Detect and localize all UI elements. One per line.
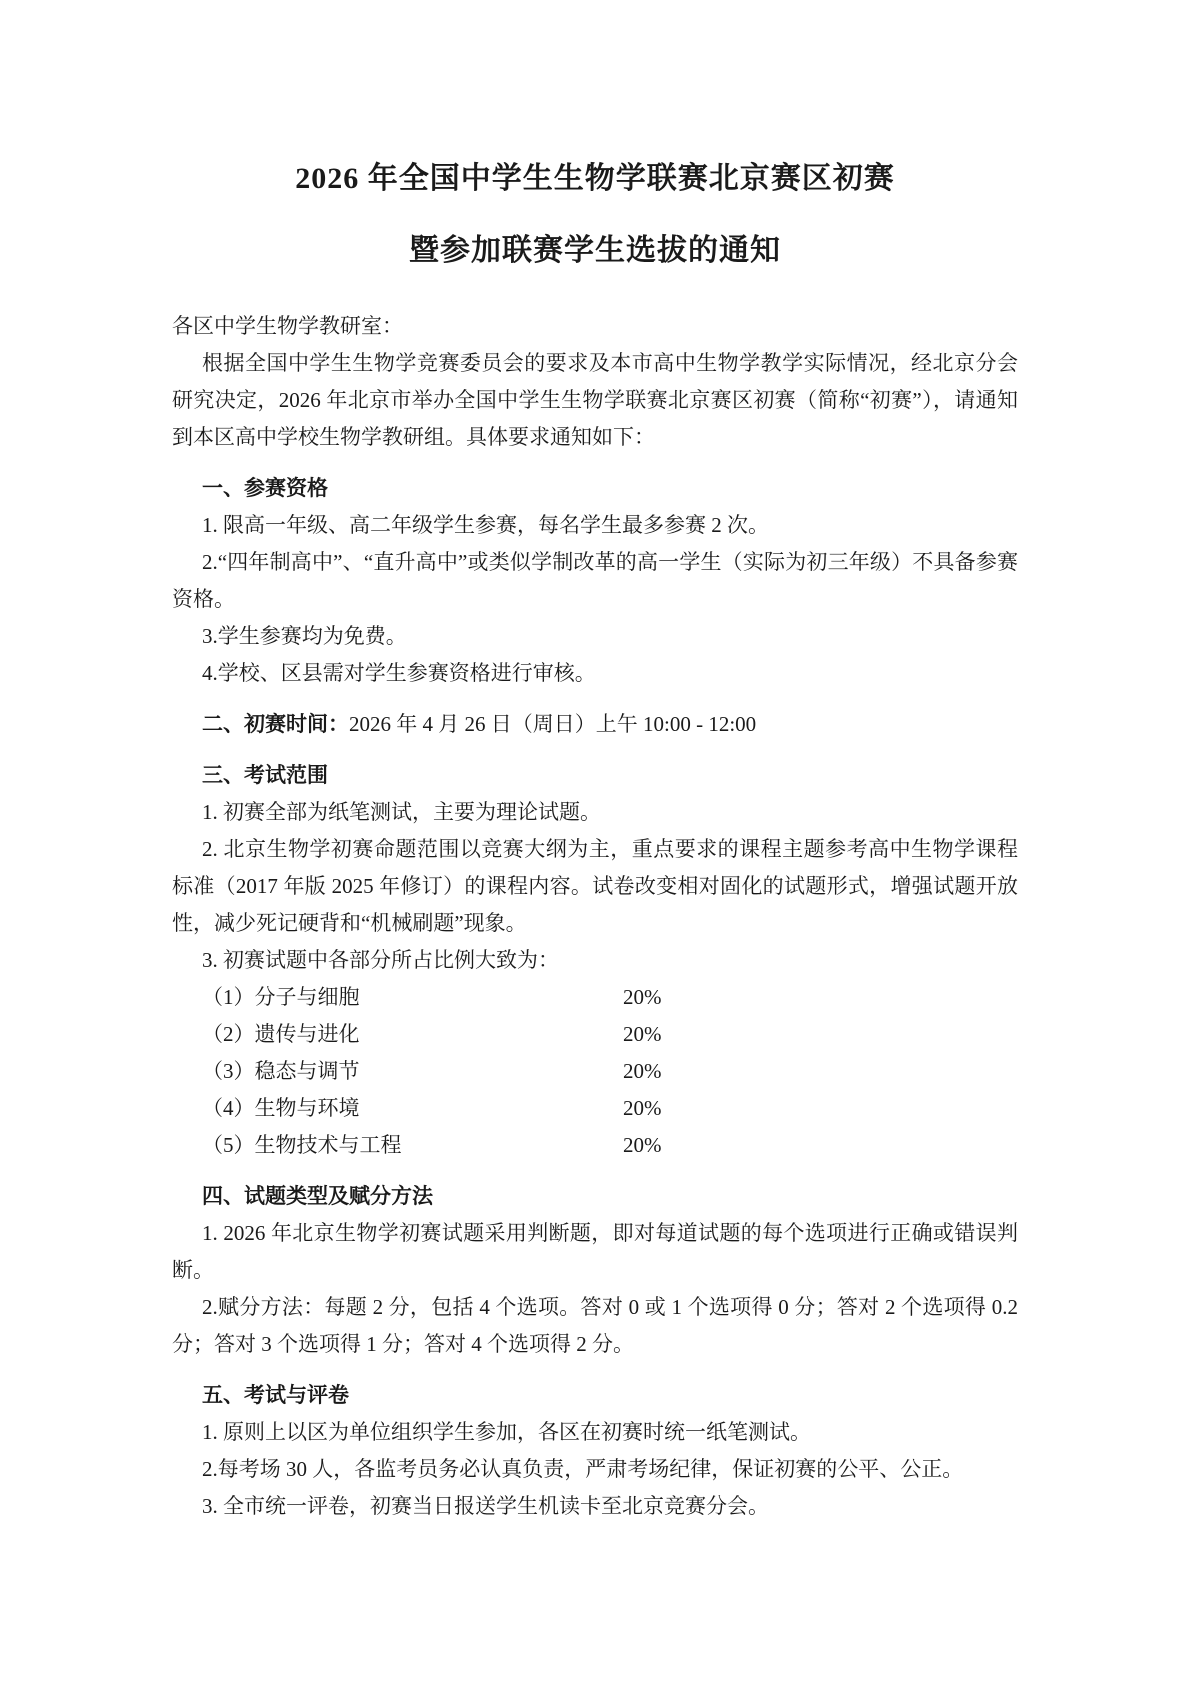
- section-3-item-1: 1. 初赛全部为纸笔测试，主要为理论试题。: [172, 794, 1018, 831]
- ratio-label-3: （3）稳态与调节: [202, 1059, 360, 1083]
- section-3-heading: 三、考试范围: [172, 757, 1018, 794]
- ratio-value-3: 20%: [623, 1053, 662, 1090]
- section-5-heading: 五、考试与评卷: [172, 1377, 1018, 1414]
- ratio-value-1: 20%: [623, 979, 662, 1016]
- document-page: 2026 年全国中学生生物学联赛北京赛区初赛 暨参加联赛学生选拔的通知 各区中学…: [172, 0, 1018, 1525]
- ratio-label-1: （1）分子与细胞: [202, 985, 360, 1009]
- section-4-heading: 四、试题类型及赋分方法: [172, 1178, 1018, 1215]
- document-title-line1: 2026 年全国中学生生物学联赛北京赛区初赛: [172, 160, 1018, 198]
- ratio-row-1: （1）分子与细胞20%: [172, 979, 1018, 1016]
- ratio-label-5: （5）生物技术与工程: [202, 1133, 402, 1157]
- section-3-item-3: 3. 初赛试题中各部分所占比例大致为：: [172, 942, 1018, 979]
- section-1-item-2: 2.“四年制高中”、“直升高中”或类似学制改革的高一学生（实际为初三年级）不具备…: [172, 544, 1018, 618]
- section-4-item-2: 2.赋分方法：每题 2 分，包括 4 个选项。答对 0 或 1 个选项得 0 分…: [172, 1289, 1018, 1363]
- ratio-value-5: 20%: [623, 1127, 662, 1164]
- document-title-line2: 暨参加联赛学生选拔的通知: [172, 232, 1018, 270]
- section-1-item-4: 4.学校、区县需对学生参赛资格进行审核。: [172, 655, 1018, 692]
- section-4-item-1: 1. 2026 年北京生物学初赛试题采用判断题，即对每道试题的每个选项进行正确或…: [172, 1215, 1018, 1289]
- section-2-heading: 二、初赛时间：: [202, 712, 349, 736]
- ratio-row-3: （3）稳态与调节20%: [172, 1053, 1018, 1090]
- ratio-label-2: （2）遗传与进化: [202, 1022, 360, 1046]
- section-5-item-2: 2.每考场 30 人，各监考员务必认真负责，严肃考场纪律，保证初赛的公平、公正。: [172, 1451, 1018, 1488]
- section-2-time-value: 2026 年 4 月 26 日（周日）上午 10:00 - 12:00: [349, 712, 756, 736]
- ratio-row-2: （2）遗传与进化20%: [172, 1016, 1018, 1053]
- ratio-value-4: 20%: [623, 1090, 662, 1127]
- section-1-item-3: 3.学生参赛均为免费。: [172, 618, 1018, 655]
- ratio-row-5: （5）生物技术与工程20%: [172, 1127, 1018, 1164]
- salutation: 各区中学生物学教研室：: [172, 308, 1018, 345]
- intro-paragraph: 根据全国中学生生物学竞赛委员会的要求及本市高中生物学教学实际情况，经北京分会研究…: [172, 345, 1018, 456]
- ratio-value-2: 20%: [623, 1016, 662, 1053]
- ratio-row-4: （4）生物与环境20%: [172, 1090, 1018, 1127]
- section-1-item-1: 1. 限高一年级、高二年级学生参赛，每名学生最多参赛 2 次。: [172, 507, 1018, 544]
- section-5-item-3: 3. 全市统一评卷，初赛当日报送学生机读卡至北京竞赛分会。: [172, 1488, 1018, 1525]
- ratio-label-4: （4）生物与环境: [202, 1096, 360, 1120]
- section-1-heading: 一、参赛资格: [172, 470, 1018, 507]
- section-5-item-1: 1. 原则上以区为单位组织学生参加，各区在初赛时统一纸笔测试。: [172, 1414, 1018, 1451]
- section-3-item-2: 2. 北京生物学初赛命题范围以竞赛大纲为主，重点要求的课程主题参考高中生物学课程…: [172, 831, 1018, 942]
- section-2-heading-row: 二、初赛时间：2026 年 4 月 26 日（周日）上午 10:00 - 12:…: [172, 706, 1018, 743]
